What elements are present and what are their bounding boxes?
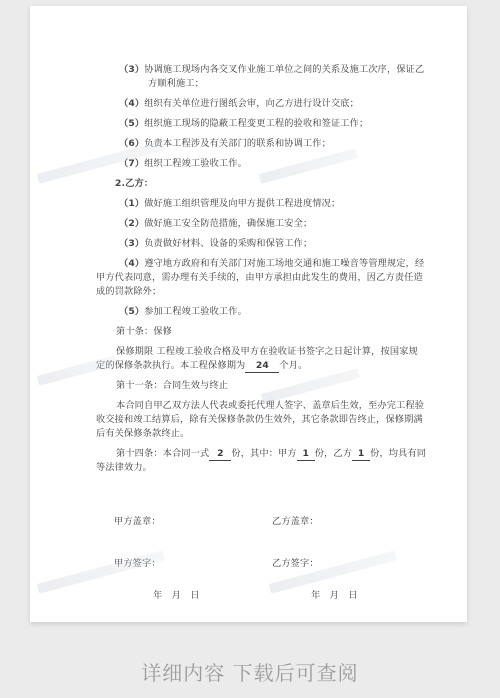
party-b-duty-2: （2）做好施工安全防范措施，确保施工安全； — [119, 218, 312, 230]
document-page: （3）协调施工现场内各交叉作业施工单位之间的关系及施工次序，保证乙 方顺利施工；… — [30, 6, 467, 622]
watermark — [37, 551, 165, 594]
article-11-heading: 第十一条：合同生效与终止 — [116, 380, 228, 392]
party-b-date: 年 月 日 — [311, 590, 358, 602]
party-a-duty-4: （4）组织有关单位进行图纸会审，向乙方进行设计交底； — [119, 98, 359, 110]
party-b-copies-value: 1 — [352, 448, 370, 461]
article-10-line1: 保修期限 工程竣工验收合格及甲方在验收证书签字之日起计算，按国家规 — [116, 346, 418, 358]
party-b-duty-1: （1）做好施工组织管理及向甲方提供工程进度情况； — [119, 198, 340, 210]
watermark — [261, 368, 360, 404]
party-b-heading: 2.乙方： — [115, 178, 153, 190]
article-11-line2: 收交接和竣工结算后，除有关保修条款仍生效外，其它条款即告终止，保修期满 — [96, 414, 423, 426]
article-10-line2: 定的保修条款执行。本工程保修期为24个月。 — [96, 360, 307, 373]
article-11-line3: 后有关保修条款终止。 — [96, 428, 189, 440]
party-b-duty-4-cont2: 成的罚款除外； — [96, 286, 161, 298]
party-b-signature-label: 乙方签字： — [272, 558, 319, 570]
party-b-duty-5: （5）参加工程竣工验收工作。 — [119, 306, 247, 318]
party-b-duty-3: （3）负责做好材料、设备的采购和保管工作； — [119, 238, 312, 250]
article-14-line2: 等法律效力。 — [96, 462, 152, 474]
party-b-duty-4-cont1: 甲方代表同意，需办理有关手续的，由甲方承担由此发生的费用，因乙方责任造 — [96, 272, 423, 284]
article-10-heading: 第十条：保修 — [116, 326, 172, 338]
party-b-duty-4: （4）遵守地方政府和有关部门对施工场地交通和施工噪音等管理规定，经 — [119, 258, 424, 270]
party-a-duty-3: （3）协调施工现场内各交叉作业施工单位之间的关系及施工次序，保证乙 — [119, 64, 424, 76]
party-a-date: 年 月 日 — [153, 590, 200, 602]
party-a-seal-label: 甲方盖章： — [114, 516, 161, 528]
party-a-duty-5: （5）组织施工现场的隐蔽工程变更工程的验收和签证工作； — [119, 118, 368, 130]
party-a-duty-3-cont: 方顺利施工； — [148, 78, 204, 90]
warranty-months-value: 24 — [245, 360, 279, 373]
watermark — [259, 148, 358, 184]
article-14-line1: 第十四条：本合同一式2份，其中：甲方1份，乙方1份，均具有同 — [116, 448, 426, 461]
party-a-copies-value: 1 — [297, 448, 315, 461]
total-copies-value: 2 — [209, 448, 231, 461]
download-to-view-caption: 详细内容 下载后可查阅 — [0, 657, 500, 686]
party-a-duty-7: （7）组织工程竣工验收工作。 — [119, 158, 247, 170]
party-b-seal-label: 乙方盖章： — [272, 516, 319, 528]
